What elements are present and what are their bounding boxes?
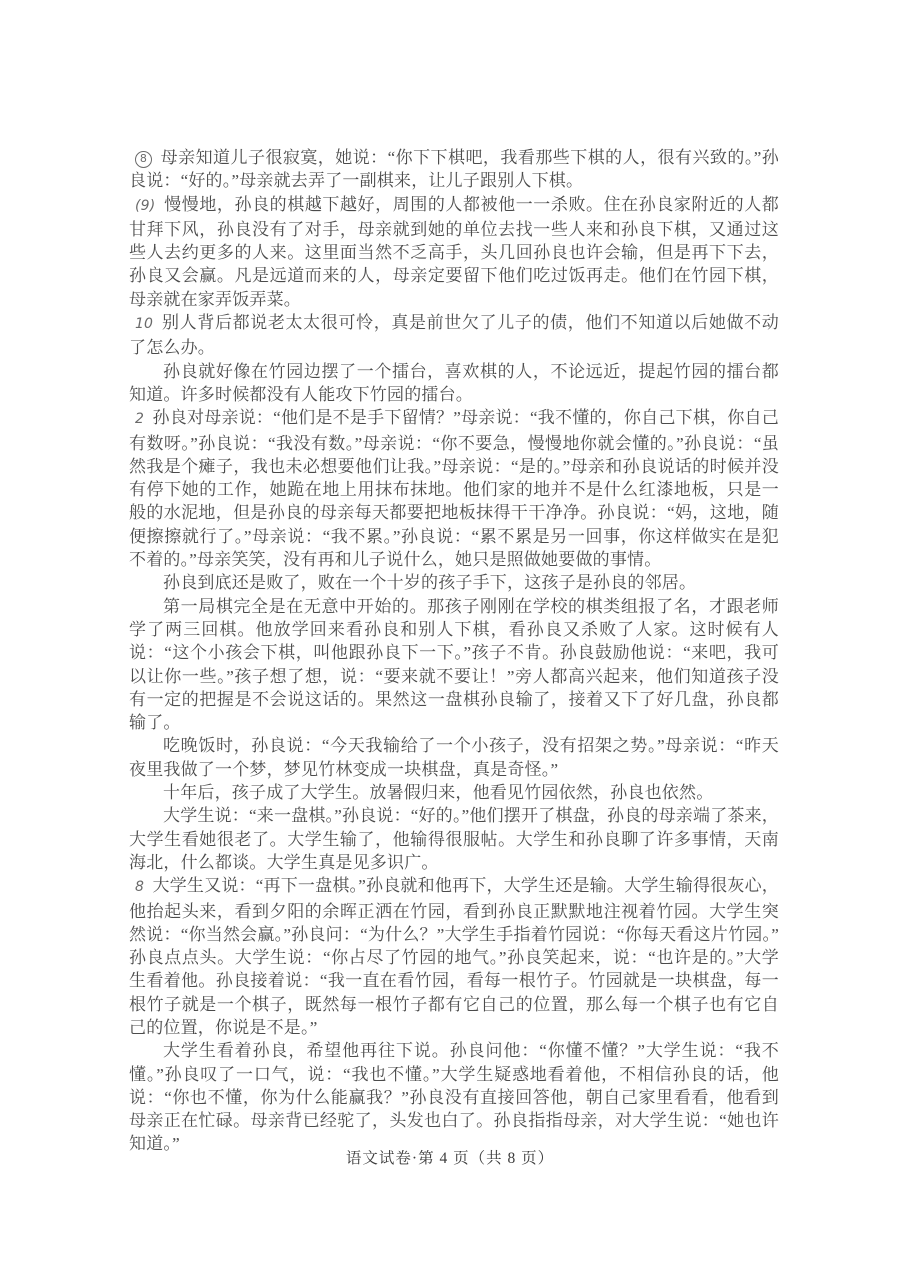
paragraph-text: 别人背后都说老太太很可怜，真是前世欠了儿子的债，他们不知道以后她做不动了怎么办。 (129, 313, 779, 357)
paragraph-text: 慢慢地，孙良的棋越下越好，周围的人都被他一一杀败。住在孙良家附近的人都甘拜下风，… (129, 195, 779, 309)
paragraph-9: (9) 慢慢地，孙良的棋越下越好，周围的人都被他一一杀败。住在孙良家附近的人都甘… (129, 193, 779, 311)
exam-paper-page: 8 母亲知道儿子很寂寞，她说：“你下下棋吧，我看那些下棋的人，很有兴致的。”孙良… (0, 0, 900, 1272)
paragraph-10: 10 别人背后都说老太太很可怜，真是前世欠了儿子的债，他们不知道以后她做不动了怎… (129, 311, 779, 360)
handwritten-paragraph-number: (9) (135, 198, 155, 214)
paragraph-text: 十年后，孩子成了大学生。放暑假归来，他看见竹园依然，孙良也依然。 (163, 783, 713, 802)
paragraph-19: 大学生看着孙良，希望他再往下说。孙良问他：“你懂不懂？”大学生说：“我不懂。”孙… (129, 1039, 779, 1155)
paragraph-text: 大学生看着孙良，希望他再往下说。孙良问他：“你懂不懂？”大学生说：“我不懂。”孙… (129, 1041, 779, 1153)
paragraph-text: 大学生又说：“再下一盘棋。”孙良就和他再下，大学生还是输。大学生输得很灰心，他抬… (129, 876, 779, 1037)
paragraph-17: 大学生说：“来一盘棋。”孙良说：“好的。”他们摆开了棋盘，孙良的母亲端了茶来，大… (129, 804, 779, 874)
paragraph-text: 母亲知道儿子很寂寞，她说：“你下下棋吧，我看那些下棋的人，很有兴致的。”孙良说：… (129, 148, 779, 190)
handwritten-paragraph-number: 2 (135, 411, 144, 427)
reading-passage: 8 母亲知道儿子很寂寞，她说：“你下下棋吧，我看那些下棋的人，很有兴致的。”孙良… (129, 146, 779, 1156)
paragraph-15: 吃晚饭时，孙良说：“今天我输给了一个小孩子，没有招架之势。”母亲说：“昨天夜里我… (129, 734, 779, 781)
paragraph-14: 第一局棋完全是在无意中开始的。那孩子刚刚在学校的棋类组报了名，才跟老师学了两三回… (129, 595, 779, 735)
paragraph-text: 吃晚饭时，孙良说：“今天我输给了一个小孩子，没有招架之势。”母亲说：“昨天夜里我… (129, 736, 779, 778)
paragraph-12: 2 孙良对母亲说：“他们是不是手下留情？”母亲说：“我不懂的，你自己下棋，你自己… (129, 406, 779, 571)
page-footer: 语文试卷·第 4 页（共 8 页） (0, 1146, 900, 1168)
paragraph-8: 8 母亲知道儿子很寂寞，她说：“你下下棋吧，我看那些下棋的人，很有兴致的。”孙良… (129, 146, 779, 193)
paragraph-11: 孙良就好像在竹园边摆了一个擂台，喜欢棋的人，不论远近，提起竹园的擂台都知道。许多… (129, 360, 779, 407)
handwritten-paragraph-number: 10 (135, 316, 153, 332)
handwritten-paragraph-number: 8 (135, 879, 144, 895)
handwritten-paragraph-number: 8 (135, 151, 152, 168)
paragraph-text: 大学生说：“来一盘棋。”孙良说：“好的。”他们摆开了棋盘，孙良的母亲端了茶来，大… (129, 806, 779, 872)
paragraph-18: 8 大学生又说：“再下一盘棋。”孙良就和他再下，大学生还是输。大学生输得很灰心，… (129, 874, 779, 1039)
paragraph-text: 孙良就好像在竹园边摆了一个擂台，喜欢棋的人，不论远近，提起竹园的擂台都知道。许多… (129, 362, 779, 404)
paragraph-text: 第一局棋完全是在无意中开始的。那孩子刚刚在学校的棋类组报了名，才跟老师学了两三回… (129, 597, 779, 732)
paragraph-text: 孙良对母亲说：“他们是不是手下留情？”母亲说：“我不懂的，你自己下棋，你自己有数… (129, 408, 779, 569)
paragraph-13: 孙良到底还是败了，败在一个十岁的孩子手下，这孩子是孙良的邻居。 (129, 571, 779, 594)
paragraph-16: 十年后，孩子成了大学生。放暑假归来，他看见竹园依然，孙良也依然。 (129, 781, 779, 804)
paragraph-text: 孙良到底还是败了，败在一个十岁的孩子手下，这孩子是孙良的邻居。 (163, 573, 696, 592)
